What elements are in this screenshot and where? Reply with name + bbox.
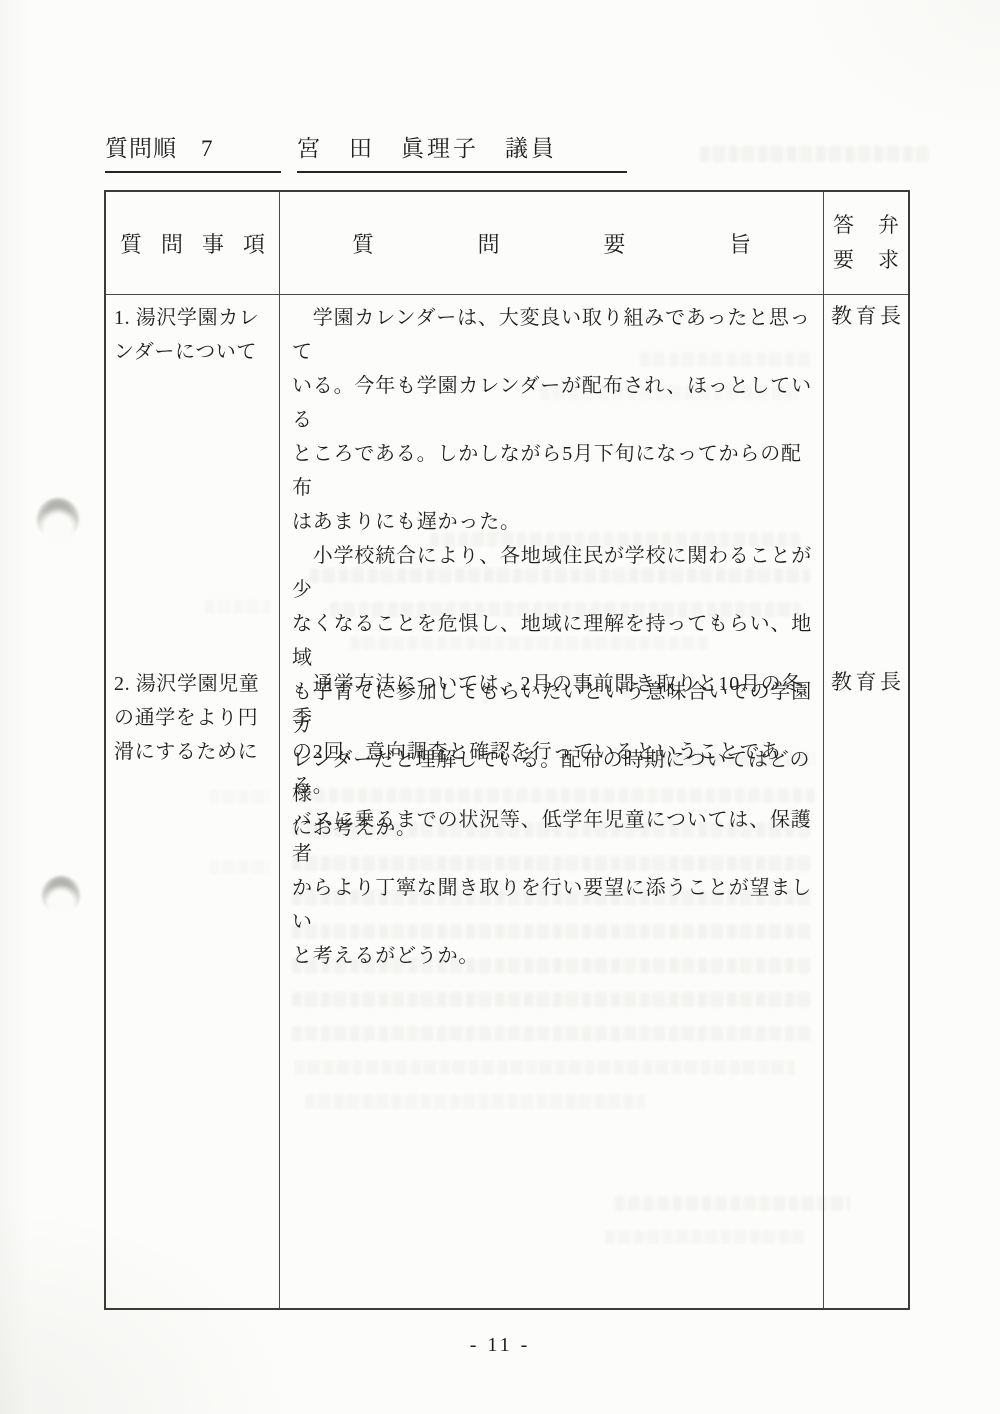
page-number: - 11 -	[0, 1334, 1000, 1357]
bleed-through-ghost-text	[292, 1026, 812, 1041]
document-header: 質問順 7 宮 田 眞理子 議員	[105, 134, 627, 173]
bleed-through-ghost-text	[640, 752, 815, 767]
bleed-through-ghost-text	[430, 532, 800, 547]
bleed-through-ghost-text	[292, 992, 812, 1007]
bleed-through-ghost-text	[300, 788, 815, 803]
bleed-through-ghost-text	[292, 924, 812, 939]
bleed-through-ghost-text	[210, 790, 270, 804]
column-answer-request: 教育長 教育長	[824, 295, 908, 1308]
question-1-item: 1. 湯沢学園カレ ンダーについて	[106, 301, 279, 369]
question-2-respondent: 教育長	[824, 667, 908, 697]
question-order-label: 質問順 7	[105, 134, 281, 173]
column-header-answer-request: 答弁 要求	[824, 192, 908, 295]
punch-hole-bottom	[42, 876, 80, 914]
bleed-through-ghost-text	[310, 568, 810, 583]
bleed-through-ghost-text	[295, 1060, 795, 1075]
council-member-name: 宮 田 眞理子 議員	[297, 134, 627, 173]
column-header-answer-line1: 答弁	[824, 212, 908, 239]
bleed-through-ghost-text	[540, 385, 800, 400]
bleed-through-ghost-text	[605, 1230, 805, 1244]
question-2-item: 2. 湯沢学園児童 の通学をより円 滑にするために	[106, 667, 279, 769]
scanned-document-page: 質問順 7 宮 田 眞理子 議員 質問事項 質問要旨 答弁 要求 1. 湯沢学園…	[0, 0, 1000, 1414]
punch-hole-top	[37, 498, 79, 540]
bleed-through-ghost-text	[305, 1094, 645, 1109]
column-header-question-summary-label: 質問要旨	[280, 228, 823, 259]
question-1-respondent: 教育長	[824, 301, 908, 331]
bleed-through-ghost-text	[700, 146, 930, 162]
column-header-answer-line2: 要求	[824, 247, 908, 274]
bleed-through-ghost-text	[330, 602, 800, 617]
column-header-question-item-label: 質問事項	[106, 228, 279, 259]
bleed-through-ghost-text	[640, 352, 810, 367]
bleed-through-ghost-text	[292, 958, 812, 973]
bleed-through-ghost-text	[292, 822, 812, 837]
bleed-through-ghost-text	[615, 1196, 850, 1211]
column-header-question-item: 質問事項	[106, 192, 280, 295]
bleed-through-ghost-text	[292, 856, 812, 871]
bleed-through-ghost-text	[350, 636, 710, 650]
bleed-through-ghost-text	[205, 600, 270, 614]
bleed-through-ghost-text	[210, 860, 270, 874]
column-header-question-summary: 質問要旨	[280, 192, 824, 295]
bleed-through-ghost-text	[292, 890, 812, 905]
